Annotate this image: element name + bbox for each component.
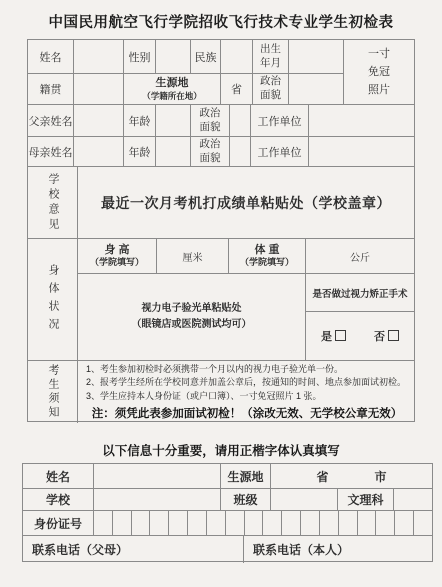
notice-note: 注：须凭此表参加面试初检！（涂改无效、无学校公章无效） <box>92 405 403 421</box>
id-digit-box[interactable] <box>245 511 264 535</box>
bottom-class-label: 班级 <box>221 489 271 511</box>
id-digit-box[interactable] <box>94 511 113 535</box>
gender-field[interactable] <box>156 40 191 74</box>
mother-political-label: 政治 面貌 <box>191 137 230 167</box>
vision-surgery-block: 是否做过视力矫正手术 是 否 <box>306 274 414 361</box>
bottom-name-field[interactable] <box>94 464 221 489</box>
gender-label: 性别 <box>124 40 156 74</box>
mother-row: 母亲姓名 年龄 政治 面貌 工作单位 <box>28 137 414 167</box>
bottom-name-row: 姓名 生源地 省 市 <box>23 464 432 489</box>
bottom-school-label: 学校 <box>23 489 94 511</box>
mother-political-field[interactable] <box>230 137 251 167</box>
physical-condition-block: 身 高 （学院填写） 厘米 体 重 （学院填写） 公斤 视力电子验光单粘贴处 （… <box>78 239 414 361</box>
weight-label-main: 体 重 <box>254 244 279 258</box>
bottom-phone-row: 联系电话（父母） 联系电话（本人） <box>23 536 432 563</box>
vision-surgery-answer: 是 否 <box>306 312 414 361</box>
surgery-no-checkbox[interactable] <box>388 330 399 341</box>
id-digit-box[interactable] <box>263 511 282 535</box>
surgery-yes-label: 是 <box>321 331 332 343</box>
surgery-no-option: 否 <box>374 328 399 344</box>
vision-report-paste-area[interactable]: 视力电子验光单粘贴处 （眼镜店或医院测试均可） <box>78 274 306 361</box>
father-age-label: 年龄 <box>124 105 156 137</box>
id-digit-box[interactable] <box>395 511 414 535</box>
identity-left-block: 姓名 性别 民族 出生 年月 籍贯 生源地 （学籍所在地） 省 <box>28 40 344 105</box>
political-status-field[interactable] <box>289 74 344 105</box>
id-digit-box[interactable] <box>339 511 358 535</box>
bottom-school-field[interactable] <box>94 489 221 511</box>
phone-self-cell[interactable]: 联系电话（本人） <box>244 536 432 563</box>
hometown-field[interactable] <box>74 74 124 105</box>
school-opinion-label-text: 学校意见 <box>47 173 58 233</box>
notice-item-2: 2、报考学生经所在学校同意并加盖公章后，按通知的时间、地点参加面试初检。 <box>86 376 406 390</box>
notice-item-3: 3、学生应持本人身份证（或户口簿）、一寸免冠照片 1 张。 <box>86 390 322 404</box>
phone-parents-cell[interactable]: 联系电话（父母） <box>23 536 244 563</box>
father-name-label: 父亲姓名 <box>28 105 74 137</box>
form-title: 中国民用航空飞行学院招收飞行技术专业学生初检表 <box>0 11 442 32</box>
section-heading: 以下信息十分重要，请用正楷字体认真填写 <box>0 441 442 459</box>
vision-surgery-question: 是否做过视力矫正手术 <box>306 274 414 312</box>
father-name-field[interactable] <box>74 105 124 137</box>
bottom-name-label: 姓名 <box>23 464 94 489</box>
contact-info-table: 姓名 生源地 省 市 学校 班级 文理科 身份证号 联系电话（父母） <box>22 463 433 562</box>
phone-parents-label: 联系电话（父母） <box>32 541 128 558</box>
mother-work-label: 工作单位 <box>251 137 309 167</box>
bottom-origin-field[interactable]: 省 市 <box>271 464 432 489</box>
birth-date-field[interactable] <box>289 40 344 74</box>
notice-item-1: 1、考生参加初检时必须携带一个月以内的视力电子验光单一份。 <box>86 363 343 377</box>
notice-row: 考生须知 1、考生参加初检时必须携带一个月以内的视力电子验光单一份。 2、报考学… <box>28 361 414 423</box>
father-age-field[interactable] <box>156 105 191 137</box>
id-digit-box[interactable] <box>301 511 320 535</box>
mother-age-label: 年龄 <box>124 137 156 167</box>
birth-date-label: 出生 年月 <box>253 40 289 74</box>
bottom-origin-label: 生源地 <box>221 464 271 489</box>
bottom-id-row: 身份证号 <box>23 511 432 536</box>
father-row: 父亲姓名 年龄 政治 面貌 工作单位 <box>28 105 414 137</box>
school-opinion-row: 学校意见 最近一次月考机打成绩单粘贴处（学校盖章） <box>28 167 414 239</box>
mother-work-field[interactable] <box>309 137 414 167</box>
notice-label: 考生须知 <box>28 361 78 423</box>
id-digit-box[interactable] <box>282 511 301 535</box>
phone-self-label: 联系电话（本人） <box>253 541 349 558</box>
school-opinion-label: 学校意见 <box>28 167 78 239</box>
id-digit-box[interactable] <box>226 511 245 535</box>
bottom-track-label: 文理科 <box>338 489 394 511</box>
notice-content: 1、考生参加初检时必须携带一个月以内的视力电子验光单一份。 2、报考学生经所在学… <box>78 361 414 423</box>
id-digit-box[interactable] <box>169 511 188 535</box>
father-political-field[interactable] <box>230 105 251 137</box>
mother-name-label: 母亲姓名 <box>28 137 74 167</box>
name-field[interactable] <box>74 40 124 74</box>
notice-label-text: 考生须知 <box>47 364 58 420</box>
height-label-main: 身 高 <box>104 244 129 258</box>
id-digit-box[interactable] <box>376 511 395 535</box>
id-digit-box[interactable] <box>207 511 226 535</box>
surgery-yes-option: 是 <box>321 328 346 344</box>
physical-condition-label-text: 身体状况 <box>47 264 58 336</box>
weight-kg-field[interactable]: 公斤 <box>306 239 414 274</box>
name-label: 姓名 <box>28 40 74 74</box>
weight-label-sub: （学院填写） <box>240 257 294 268</box>
province-suffix-label: 省 <box>221 74 253 105</box>
hometown-label: 籍贯 <box>28 74 74 105</box>
mother-name-field[interactable] <box>74 137 124 167</box>
surgery-no-label: 否 <box>374 331 385 343</box>
bottom-id-label: 身份证号 <box>23 511 94 536</box>
identity-rows: 姓名 性别 民族 出生 年月 籍贯 生源地 （学籍所在地） 省 <box>28 40 414 105</box>
ethnicity-label: 民族 <box>191 40 221 74</box>
id-digit-box[interactable] <box>320 511 339 535</box>
ethnicity-field[interactable] <box>221 40 253 74</box>
height-label: 身 高 （学院填写） <box>78 239 157 274</box>
height-label-sub: （学院填写） <box>90 257 144 268</box>
bottom-track-field[interactable] <box>394 489 432 511</box>
father-work-label: 工作单位 <box>251 105 309 137</box>
origin-label: 生源地 （学籍所在地） <box>124 74 221 105</box>
id-digit-box[interactable] <box>132 511 151 535</box>
bottom-school-row: 学校 班级 文理科 <box>23 489 432 511</box>
father-work-field[interactable] <box>309 105 414 137</box>
applicant-info-table: 姓名 性别 民族 出生 年月 籍贯 生源地 （学籍所在地） 省 <box>27 39 415 422</box>
score-sheet-paste-area[interactable]: 最近一次月考机打成绩单粘贴处（学校盖章） <box>78 167 414 239</box>
bottom-class-field[interactable] <box>271 489 338 511</box>
id-digit-box[interactable] <box>188 511 207 535</box>
bottom-province-label: 省 <box>316 468 328 485</box>
father-political-label: 政治 面貌 <box>191 105 230 137</box>
id-digit-box[interactable] <box>358 511 377 535</box>
origin-label-main: 生源地 <box>156 77 189 90</box>
photo-box: 一寸 免冠 照片 <box>344 40 414 105</box>
physical-condition-label: 身体状况 <box>28 239 78 361</box>
mother-age-field[interactable] <box>156 137 191 167</box>
id-digit-box[interactable] <box>414 511 432 535</box>
bottom-city-label: 市 <box>375 468 387 485</box>
id-digit-box[interactable] <box>150 511 169 535</box>
origin-label-sub: （学籍所在地） <box>142 91 202 101</box>
weight-label: 体 重 （学院填写） <box>229 239 306 274</box>
political-status-label: 政治 面貌 <box>253 74 289 105</box>
height-cm-field[interactable]: 厘米 <box>157 239 229 274</box>
id-digit-box[interactable] <box>113 511 132 535</box>
id-number-boxes <box>94 511 432 536</box>
surgery-yes-checkbox[interactable] <box>335 330 346 341</box>
physical-condition-rows: 身体状况 身 高 （学院填写） 厘米 体 重 （学院填写） 公斤 视力电子 <box>28 239 414 361</box>
